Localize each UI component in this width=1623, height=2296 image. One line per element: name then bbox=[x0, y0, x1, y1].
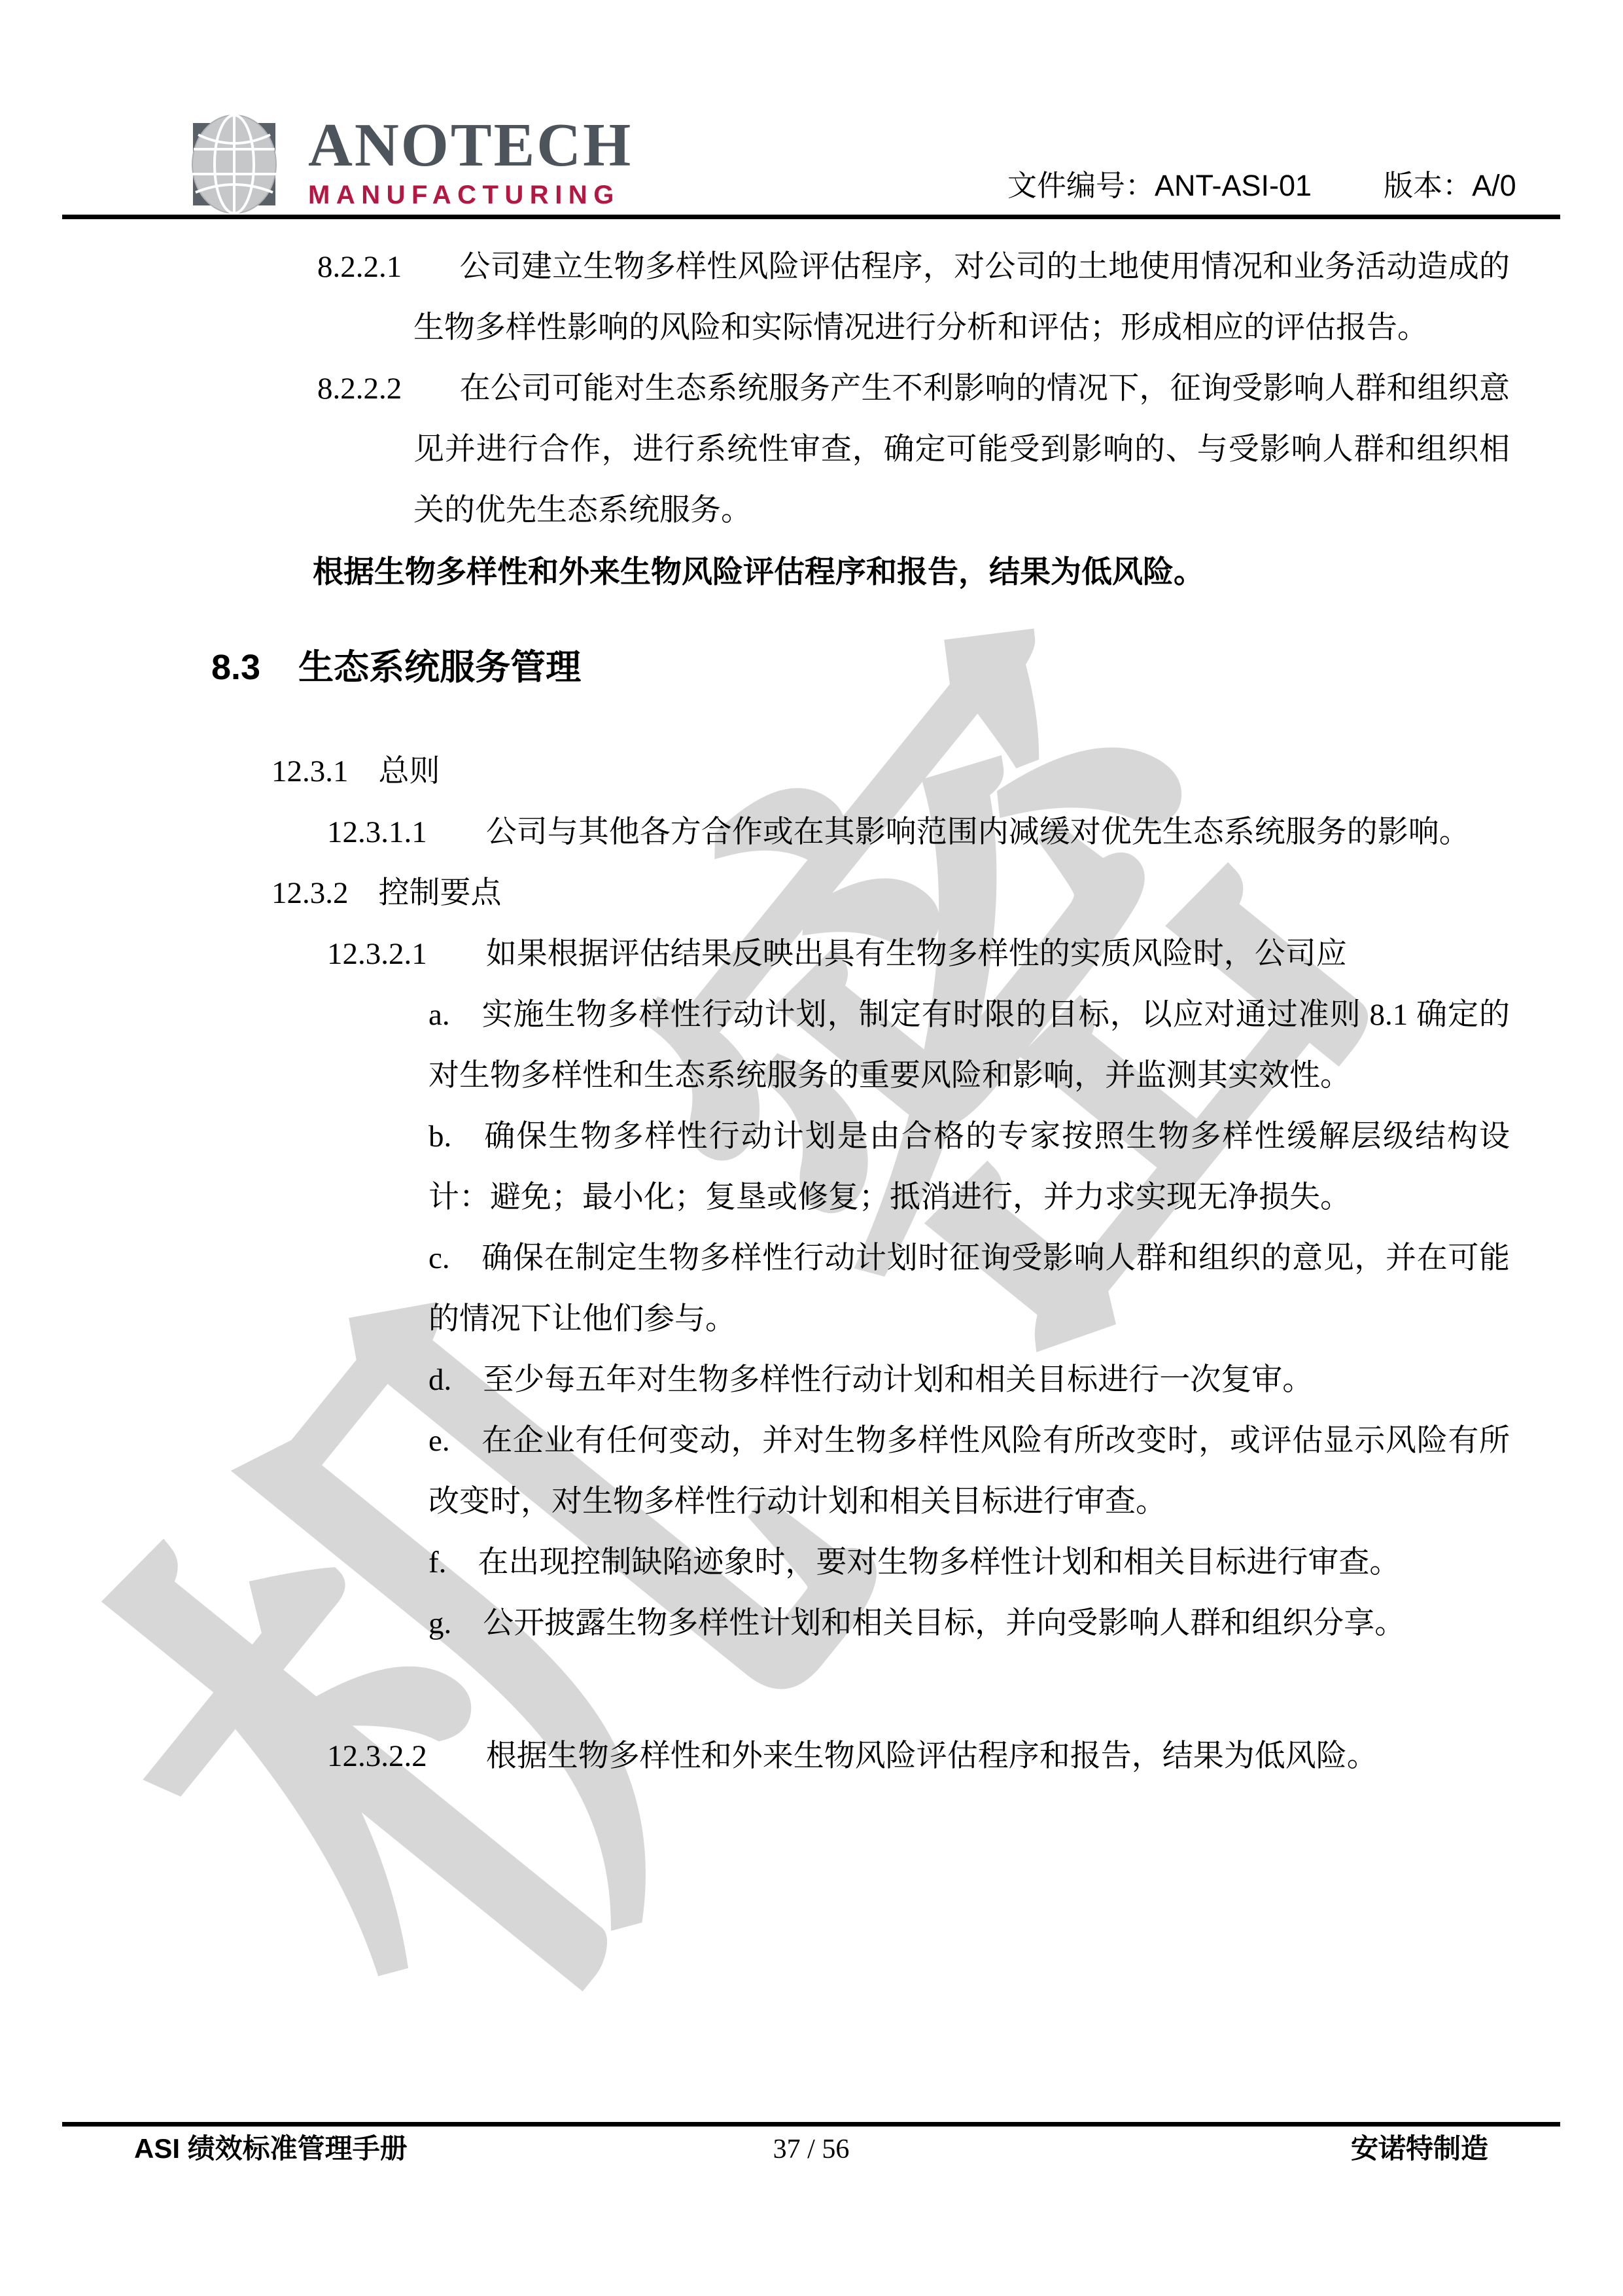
list-text: 确保在制定生物多样性行动计划时征询受影响人群和组织的意见，并在可能的情况下让他们… bbox=[428, 1241, 1510, 1336]
list-marker: a. bbox=[428, 998, 450, 1032]
list-item-a: a.实施生物多样性行动计划，制定有时限的目标，以应对通过准则 8.1 确定的对生… bbox=[0, 985, 1623, 1106]
page-footer: ASI 绩效标准管理手册 37 / 56 安诺特制造 bbox=[62, 2122, 1560, 2168]
clause-1232: 12.3.2控制要点 bbox=[0, 863, 1623, 924]
clause-text: 根据生物多样性和外来生物风险评估程序和报告，结果为低风险。 bbox=[486, 1739, 1378, 1773]
clause-text: 公司与其他各方合作或在其影响范围内减缓对优先生态系统服务的影响。 bbox=[486, 815, 1470, 849]
list-text: 在企业有任何变动，并对生物多样性风险有所改变时，或评估显示风险有所改变时，对生物… bbox=[428, 1424, 1510, 1519]
section-heading-83: 8.3生态系统服务管理 bbox=[0, 637, 1623, 698]
clause-text: 公司建立生物多样性风险评估程序，对公司的土地使用情况和业务活动造成的生物多样性影… bbox=[413, 250, 1510, 345]
list-item-e: e.在企业有任何变动，并对生物多样性风险有所改变时，或评估显示风险有所改变时，对… bbox=[0, 1411, 1623, 1532]
list-item-f: f.在出现控制缺陷迹象时，要对生物多样性计划和相关目标进行审查。 bbox=[0, 1532, 1623, 1593]
doc-number-label: 文件编号： bbox=[1007, 169, 1155, 202]
list-item-g: g.公开披露生物多样性计划和相关目标，并向受影响人群和组织分享。 bbox=[0, 1593, 1623, 1654]
brand-subtitle: MANUFACTURING bbox=[308, 179, 633, 211]
company-logo: ANOTECH MANUFACTURING bbox=[188, 113, 633, 216]
header-divider bbox=[62, 215, 1560, 219]
list-marker: b. bbox=[428, 1120, 451, 1154]
footer-divider bbox=[62, 2122, 1560, 2127]
list-marker: d. bbox=[428, 1363, 451, 1397]
list-text: 确保生物多样性行动计划是由合格的专家按照生物多样性缓解层级结构设计：避免；最小化… bbox=[428, 1120, 1510, 1214]
page-number: 37 / 56 bbox=[773, 2131, 850, 2168]
list-item-d: d.至少每五年对生物多样性行动计划和相关目标进行一次复审。 bbox=[0, 1350, 1623, 1411]
version-value: A/0 bbox=[1472, 169, 1516, 202]
version-label: 版本： bbox=[1384, 169, 1472, 202]
page-header: ANOTECH MANUFACTURING 文件编号：ANT-ASI-01版本：… bbox=[0, 0, 1623, 222]
clause-text: 在公司可能对生态系统服务产生不利影响的情况下，征询受影响人群和组织意见并进行合作… bbox=[413, 372, 1510, 527]
list-marker: f. bbox=[428, 1545, 446, 1580]
list-text: 公开披露生物多样性计划和相关目标，并向受影响人群和组织分享。 bbox=[483, 1606, 1405, 1640]
clause-number: 12.3.2.1 bbox=[327, 937, 427, 971]
footer-row: ASI 绩效标准管理手册 37 / 56 安诺特制造 bbox=[62, 2130, 1560, 2168]
clause-number: 8.2.2.2 bbox=[317, 372, 402, 406]
company-name: 安诺特制造 bbox=[849, 2130, 1560, 2167]
clause-number: 12.3.1 bbox=[271, 754, 349, 788]
clause-12311: 12.3.1.1公司与其他各方合作或在其影响范围内减缓对优先生态系统服务的影响。 bbox=[0, 802, 1623, 863]
brand-name: ANOTECH bbox=[308, 113, 633, 178]
clause-12321: 12.3.2.1如果根据评估结果反映出具有生物多样性的实质风险时，公司应 bbox=[0, 924, 1623, 985]
list-marker: g. bbox=[428, 1606, 451, 1640]
clause-number: 8.2.2.1 bbox=[317, 250, 402, 284]
globe-icon bbox=[188, 113, 281, 216]
doc-number-value: ANT-ASI-01 bbox=[1155, 169, 1312, 202]
list-text: 实施生物多样性行动计划，制定有时限的目标，以应对通过准则 8.1 确定的对生物多… bbox=[428, 998, 1510, 1093]
logo-text: ANOTECH MANUFACTURING bbox=[308, 113, 633, 211]
risk-conclusion-note: 根据生物多样性和外来生物风险评估程序和报告，结果为低风险。 bbox=[0, 541, 1623, 602]
clause-number: 12.3.2 bbox=[271, 876, 349, 910]
document-body: 8.2.2.1公司建立生物多样性风险评估程序，对公司的土地使用情况和业务活动造成… bbox=[0, 237, 1623, 1787]
list-marker: c. bbox=[428, 1241, 450, 1275]
clause-12322: 12.3.2.2根据生物多样性和外来生物风险评估程序和报告，结果为低风险。 bbox=[0, 1726, 1623, 1787]
list-marker: e. bbox=[428, 1424, 450, 1458]
list-item-c: c.确保在制定生物多样性行动计划时征询受影响人群和组织的意见，并在可能的情况下让… bbox=[0, 1228, 1623, 1350]
section-title: 生态系统服务管理 bbox=[298, 648, 581, 687]
section-number: 8.3 bbox=[211, 648, 260, 687]
list-text: 在出现控制缺陷迹象时，要对生物多样性计划和相关目标进行审查。 bbox=[478, 1545, 1400, 1580]
clause-8222: 8.2.2.2在公司可能对生态系统服务产生不利影响的情况下，征询受影响人群和组织… bbox=[0, 359, 1623, 541]
clause-8221: 8.2.2.1公司建立生物多样性风险评估程序，对公司的土地使用情况和业务活动造成… bbox=[0, 237, 1623, 359]
list-item-b: b.确保生物多样性行动计划是由合格的专家按照生物多样性缓解层级结构设计：避免；最… bbox=[0, 1106, 1623, 1228]
list-text: 至少每五年对生物多样性行动计划和相关目标进行一次复审。 bbox=[483, 1363, 1313, 1397]
document-meta: 文件编号：ANT-ASI-01版本：A/0 bbox=[1007, 166, 1516, 205]
clause-text: 控制要点 bbox=[379, 876, 502, 910]
clause-number: 12.3.1.1 bbox=[327, 815, 427, 849]
document-page: ANOTECH MANUFACTURING 文件编号：ANT-ASI-01版本：… bbox=[0, 0, 1623, 2296]
clause-1231: 12.3.1总则 bbox=[0, 741, 1623, 802]
clause-text: 如果根据评估结果反映出具有生物多样性的实质风险时，公司应 bbox=[486, 937, 1347, 971]
clause-text: 总则 bbox=[379, 754, 440, 788]
clause-number: 12.3.2.2 bbox=[327, 1739, 427, 1773]
manual-title: ASI 绩效标准管理手册 bbox=[62, 2130, 773, 2167]
